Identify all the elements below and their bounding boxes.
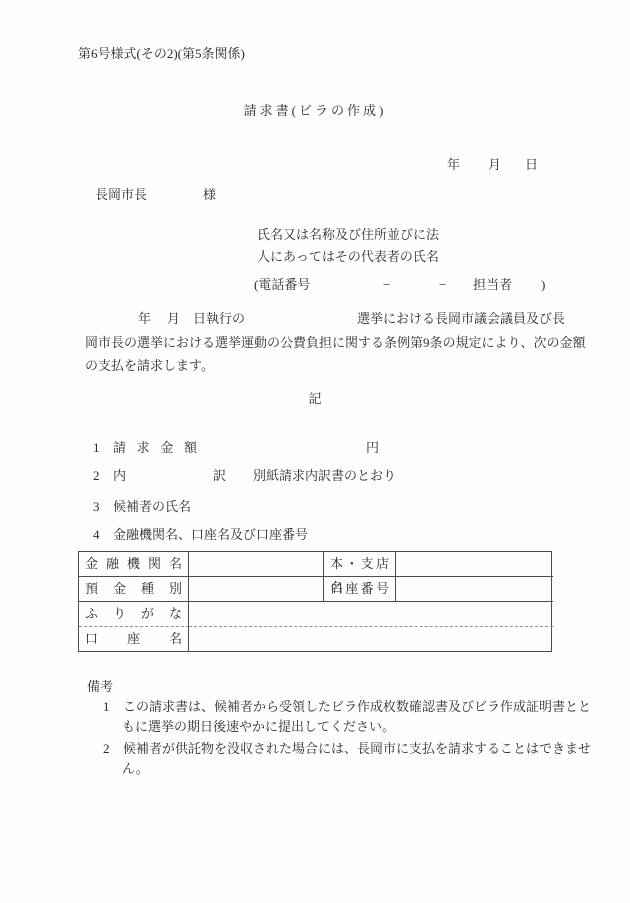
account-name-value-cell xyxy=(189,627,553,651)
note-2-line-2: ん。 xyxy=(122,762,149,777)
ki-heading: 記 xyxy=(0,392,630,407)
phone-open-label: (電話番号 xyxy=(254,278,310,293)
bank-account-table: 金融機関名 本・支店名 預金種別 口座番号 ふりがな 口座名 xyxy=(78,551,552,652)
addressee-name: 長岡市長 xyxy=(95,188,147,203)
account-number-label: 口座番号 xyxy=(324,577,396,602)
claim-item-2-value: 別紙請求内訳書のとおり xyxy=(253,469,396,484)
claim-item-1-number: 1 xyxy=(93,441,100,456)
claim-item-2-label: 内訳 xyxy=(113,469,226,484)
claim-item-3-number: 3 xyxy=(93,500,100,515)
deposit-type-value-cell xyxy=(189,577,324,602)
body-month-label: 月 xyxy=(167,312,180,327)
applicant-name-line2: 人にあってはその代表者の氏名 xyxy=(257,250,439,265)
claim-item-4-number: 4 xyxy=(93,528,100,543)
note-2-number: 2 xyxy=(103,742,110,757)
body-line2: 岡市長の選挙における選挙運動の公費負担に関する条例第9条の規定により、次の金額 xyxy=(85,336,586,351)
request-form-page: 第6号様式(その2)(第5条関係) 請求書(ビラの作成) 年 月 日 長岡市長 … xyxy=(0,0,630,903)
claim-amount-unit: 円 xyxy=(366,441,379,456)
deposit-type-label: 預金種別 xyxy=(79,577,189,602)
body-day-exec-label: 日執行の xyxy=(193,312,245,327)
date-day-label: 日 xyxy=(525,158,538,173)
body-line1-rest: 選挙における長岡市議会議員及び長 xyxy=(357,312,565,327)
furigana-value-cell xyxy=(189,602,553,627)
applicant-name-line1: 氏名又は名称及び住所並びに法 xyxy=(257,228,439,243)
claim-item-3-label: 候補者の氏名 xyxy=(113,500,191,515)
phone-dash-1: − xyxy=(383,278,390,293)
claim-item-1-label: 請求金額 xyxy=(113,441,197,456)
furigana-label: ふりがな xyxy=(79,602,189,627)
financial-institution-label: 金融機関名 xyxy=(79,552,189,577)
document-title: 請求書(ビラの作成) xyxy=(0,104,630,119)
claim-item-2-number: 2 xyxy=(93,469,100,484)
contact-person-label: 担当者 xyxy=(473,278,512,293)
note-1-line-1: この請求書は、候補者から受領したビラ作成枚数確認書及びビラ作成証明書とと xyxy=(123,700,591,715)
phone-dash-2: − xyxy=(439,278,446,293)
date-year-label: 年 xyxy=(447,158,460,173)
notes-heading: 備考 xyxy=(87,680,113,695)
head-branch-value-cell xyxy=(396,552,553,577)
account-number-value-cell xyxy=(396,577,553,602)
date-month-label: 月 xyxy=(488,158,501,173)
claim-item-4-label: 金融機関名、口座名及び口座番号 xyxy=(113,528,308,543)
account-name-label: 口座名 xyxy=(79,627,189,651)
phone-close-paren: ) xyxy=(541,278,545,293)
note-1-number: 1 xyxy=(103,700,110,715)
note-2-line-1: 候補者が供託物を没収された場合には、長岡市に支払を請求することはできませ xyxy=(123,742,591,757)
note-1-line-2: もに選挙の期日後速やかに提出してください。 xyxy=(122,720,395,735)
financial-institution-value-cell xyxy=(189,552,324,577)
addressee-honorific: 様 xyxy=(203,188,216,203)
head-branch-label: 本・支店名 xyxy=(324,552,396,577)
form-number: 第6号様式(その2)(第5条関係) xyxy=(78,47,245,62)
body-line3: の支払を請求します。 xyxy=(85,359,214,374)
body-year-label: 年 xyxy=(138,312,151,327)
